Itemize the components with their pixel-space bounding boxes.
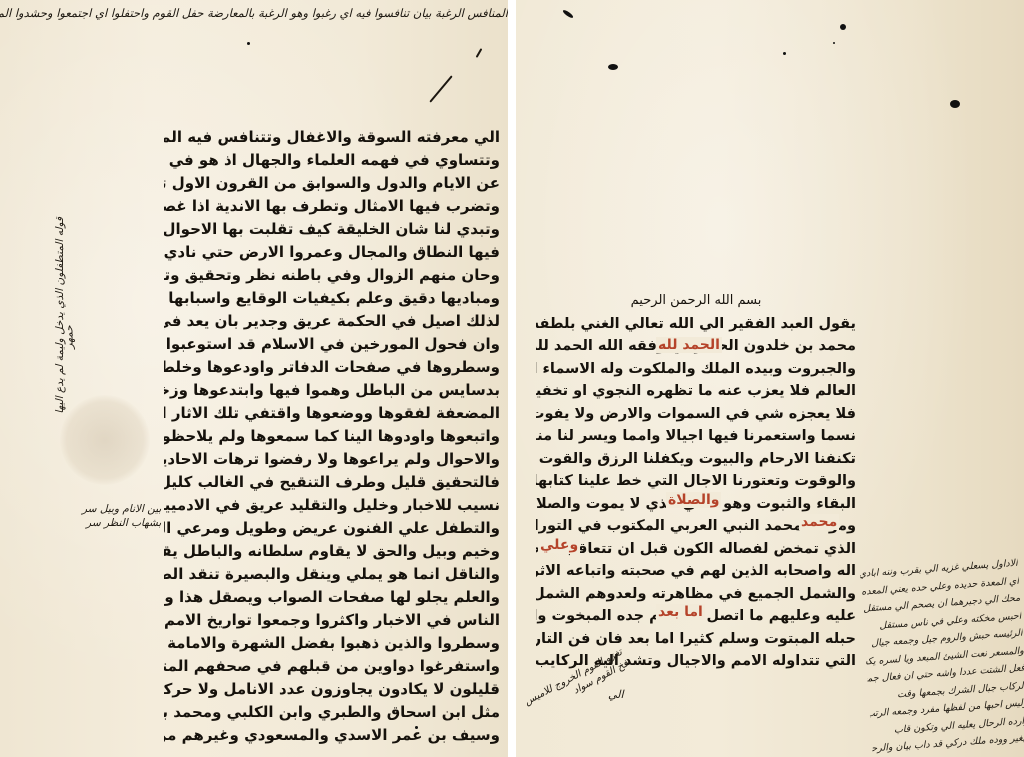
text-line: العالم فلا يعزب عنه ما تظهره النجوي او ت… [536,380,856,403]
gloss-line: الي [608,688,624,701]
text-fragment: والعلم يجلو لها صفحات الصواب ويصقل هذا و… [164,588,500,606]
ink-stroke [476,48,483,58]
text-line: وخيم وبيل والحق لا يقاوم سلطانه والباطل … [164,540,500,563]
text-line: وتضرب فيها الامثال وتطرف بها الاندية اذا… [164,195,500,218]
text-line: نسما واستعمرنا فيها اجيالا وامما ويسر لن… [536,425,856,448]
gloss-line: بشهاب النظر سر [82,516,161,530]
text-line: فالتحقيق قليل وطرف التنقيح في الغالب كلي… [164,471,500,494]
text-line: والوقوت وتعتورنا الاجال التي خط علينا كت… [536,470,856,493]
vertical-margin-gloss: قوله المتطفلون الذي يدخل وليمة لم يدع ال… [53,217,67,397]
text-line: والتطفل علي الفنون عريض وطويل ومرعي الجه… [164,517,500,540]
gloss-line: حمهر [64,325,76,348]
gloss-line: قوله المتطفلون الذي يدخل وليمة لم يدع ال… [53,217,67,397]
text-line: قليلون لا يكادون يجاوزون عدد الانامل ولا… [164,678,500,701]
rubric-word: محمد [799,514,839,530]
gloss-line: بين الانام وبيل سر [82,502,161,516]
rubric-word: والصلاة [666,492,721,508]
text-line: وسيف بن عمر الاسدي والمسعودي وغيرهم من ا… [164,724,500,747]
ink-dot [783,52,786,55]
text-line: واتبعوها واودوها الينا كما سمعوها ولم يل… [164,425,500,448]
left-page-main-text: الي معرفته السوقة والاغفال وتتنافس فيه ا… [164,126,500,747]
ink-dot [247,42,250,45]
text-line: وتبدي لنا شان الخليقة كيف تقلبت بها الاح… [164,218,500,241]
text-line: عن الايام والدول والسوابق من القرون الاو… [164,172,500,195]
text-line: ومباديها دقيق وعلم بكيفيات الوقايع واسبا… [164,287,500,310]
rubric-word: اما بعد [656,604,705,620]
ink-dot [415,726,418,729]
text-line: والاحوال ولم يراعوها ولا رفضوا ترهات الا… [164,448,500,471]
text-line: فيها النطاق والمجال وعمروا الارض حتي ناد… [164,241,500,264]
text-line: نسيب للاخبار وخليل والتقليد عريق في الاد… [164,494,500,517]
manuscript-right-page: بسم الله الرحمن الرحيم يقول العبد الفقير… [516,0,1024,757]
ink-blot [562,9,574,19]
rubric-word: الحمد لله [656,337,722,353]
page-gutter [508,0,516,757]
text-line: الي معرفته السوقة والاغفال وتتنافس فيه ا… [164,126,500,149]
text-line: اله واصحابه الذين لهم في صحبته واتباعه ا… [536,560,856,583]
lower-right-gloss-block: الاداول يسعلي غزيه الي بقرب وننه ابادي ا… [859,555,1024,757]
vertical-margin-gloss-sub: حمهر [63,325,77,348]
ink-dot [833,42,835,44]
text-line: المضعفة لفقوها ووضعوها واقتفي تلك الاثار… [164,402,500,425]
ink-blot [608,64,618,70]
text-line: واستفرغوا دواوين من قبلهم في صحفهم المتا… [164,655,500,678]
ink-stroke [429,75,452,102]
basmala-heading: بسم الله الرحمن الرحيم [536,290,856,313]
text-line: حبله المبتوت وسلم كثيرا اما بعد فان فن ا… [536,628,856,651]
ink-blot [840,24,846,30]
top-margin-gloss: المنافس الرغبة بيان تنافسوا فيه اي رغبوا… [0,6,508,20]
text-line: الناس في الاخبار واكثروا وجمعوا تواريخ ا… [164,609,500,632]
text-line: وان فحول المورخين في الاسلام قد استوعبوا… [164,333,500,356]
lower-margin-gloss: بين الانام وبيل سر بشهاب النظر سر [82,502,161,530]
lower-left-gloss-marker: الي [608,688,624,702]
text-line: وسطروها في صفحات الدفاتر واودعوها وخلطها… [164,356,500,379]
ink-blot [950,100,960,108]
text-line: الذي تمخض لفصاله الكون قبل ان تتعاقب الا… [536,538,856,561]
text-line: تكنفنا الارحام والبيوت ويكفلنا الرزق وال… [536,448,856,471]
text-line: والجبروت وبيده الملك والملكوت وله الاسما… [536,358,856,381]
text-line: والشمل الجميع في مظاهرته ولعدوهم الشمل ا… [536,583,856,606]
text-line-with-rubric: والعلم يجلو لها صفحات الصواب ويصقل هذا و… [164,586,500,609]
rubric-word: وعلي [538,537,580,553]
text-line: والناقل انما هو يملي وينقل والبصيرة تنقد… [164,563,500,586]
text-line: يقول العبد الفقير الي الله تعالي الغني ب… [536,313,856,336]
text-line: مثل ابن اسحاق والطبري وابن الكلبي ومحمد … [164,701,500,724]
text-line: وحان منهم الزوال وفي باطنه نظر وتحقيق وت… [164,264,500,287]
text-line: فلا يعجزه شي في السموات والارض ولا يفوت … [536,403,856,426]
text-line: وسطروا والذين ذهبوا بفضل الشهرة والامامة… [164,632,500,655]
text-line: لذلك اصيل في الحكمة عريق وجدير بان يعد ف… [164,310,500,333]
faded-seal-stamp [60,395,150,485]
text-line: وتتساوي في فهمه العلماء والجهال اذ هو في… [164,149,500,172]
text-line: بدسايس من الباطل وهموا فيها وابتدعوها وز… [164,379,500,402]
manuscript-left-page: المنافس الرغبة بيان تنافسوا فيه اي رغبوا… [0,0,508,757]
